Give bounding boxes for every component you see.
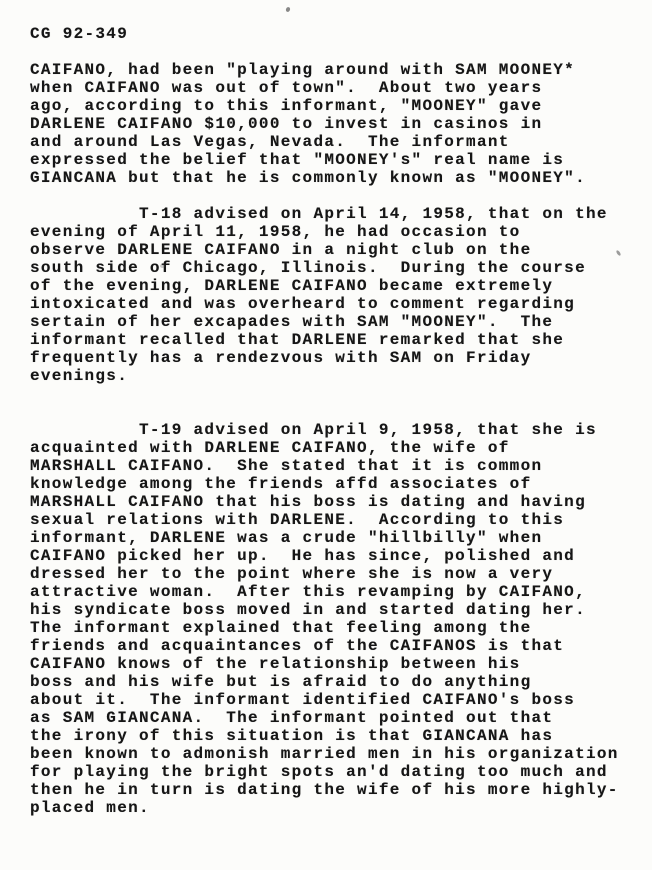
- scan-speck: [160, 264, 165, 268]
- paragraph-informant-mooney: CAIFANO, had been "playing around with S…: [30, 61, 632, 187]
- scan-speck: [285, 6, 291, 12]
- document-page: CG 92-349 CAIFANO, had been "playing aro…: [0, 0, 652, 870]
- paragraph-t18: T-18 advised on April 14, 1958, that on …: [30, 205, 632, 385]
- case-number: CG 92-349: [30, 25, 632, 43]
- paragraph-t19: T-19 advised on April 9, 1958, that she …: [30, 421, 632, 817]
